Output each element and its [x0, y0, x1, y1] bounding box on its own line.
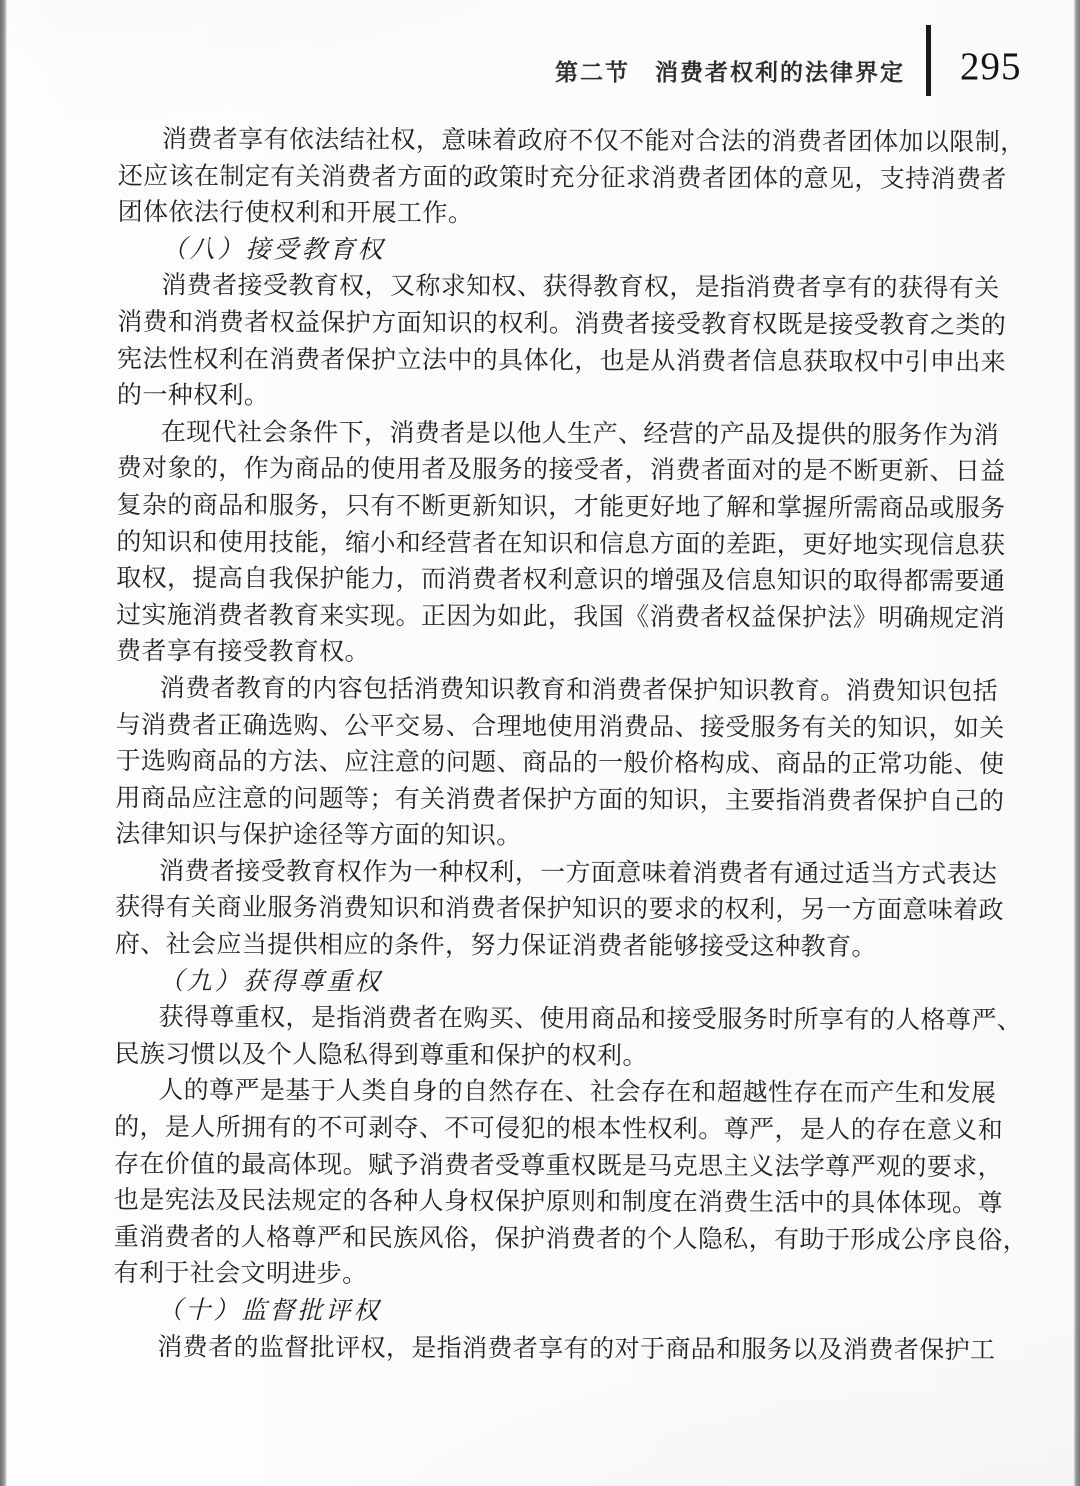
- text-line: 团体依法行使权利和开展工作。: [118, 195, 946, 235]
- text-line: 的知识和使用技能，缩小和经营者在知识和信息方面的差距，更好地实现信息获: [116, 525, 944, 565]
- text-line: 消费者接受教育权，又称求知权、获得教育权，是指消费者享有的获得有关: [117, 268, 945, 308]
- text-line: 用商品应注意的问题等；有关消费者保护方面的知识，主要指消费者保护自己的: [115, 781, 943, 821]
- page-body-text: 消费者享有依法结社权，意味着政府不仅不能对合法的消费者团体加以限制，还应该在制定…: [113, 122, 946, 1369]
- scan-edge-left: [0, 0, 7, 1486]
- text-line: 与消费者正确选购、公平交易、合理地使用消费品、接受服务有关的知识，如关: [116, 707, 944, 747]
- text-line: 过实施消费者教育来实现。正因为如此，我国《消费者权益保护法》明确规定消: [116, 598, 944, 638]
- text-line: 法律知识与保护途径等方面的知识。: [115, 817, 943, 857]
- book-page: 第二节 消费者权利的法律界定 295 消费者享有依法结社权，意味着政府不仅不能对…: [0, 0, 1080, 1486]
- text-line: 宪法性权利在消费者保护立法中的具体化，也是从消费者信息获取权中引申出来: [117, 342, 945, 382]
- section-heading: （十）监督批评权: [113, 1293, 941, 1333]
- text-line: 消费者教育的内容包括消费知识教育和消费者保护知识教育。消费知识包括: [116, 671, 944, 711]
- header-divider-bar: [926, 25, 931, 96]
- text-line: 消费者接受教育权作为一种权利，一方面意味着消费者有通过适当方式表达: [115, 854, 943, 894]
- section-heading: （九）获得尊重权: [115, 964, 943, 1004]
- text-line: 于选购商品的方法、应注意的问题、商品的一般价格构成、商品的正常功能、使: [115, 744, 943, 784]
- text-line: 取权，提高自我保护能力，而消费者权利意识的增强及信息知识的取得都需要通: [116, 561, 944, 601]
- text-line: 有利于社会文明进步。: [114, 1256, 942, 1296]
- text-line: 消费和消费者权益保护方面知识的权利。消费者接受教育权既是接受教育之类的: [117, 305, 945, 345]
- text-line: 府、社会应当提供相应的条件，努力保证消费者能够接受这种教育。: [115, 927, 943, 967]
- text-line: 消费者享有依法结社权，意味着政府不仅不能对合法的消费者团体加以限制，: [118, 122, 946, 162]
- text-line: 费者享有接受教育权。: [116, 634, 944, 674]
- text-line: 获得有关商业服务消费知识和消费者保护知识的要求的权利，另一方面意味着政: [115, 890, 943, 930]
- text-line: 复杂的商品和服务，只有不断更新知识，才能更好地了解和掌握所需商品或服务: [116, 488, 944, 528]
- text-line: 获得尊重权，是指消费者在购买、使用商品和接受服务时所享有的人格尊严、: [114, 1000, 942, 1040]
- text-line: 消费者的监督批评权，是指消费者享有的对于商品和服务以及消费者保护工: [113, 1330, 941, 1370]
- page-number: 295: [960, 44, 1022, 89]
- text-line: 还应该在制定有关消费者方面的政策时充分征求消费者团体的意见，支持消费者: [118, 159, 946, 199]
- text-line: 民族习惯以及个人隐私得到尊重和保护的权利。: [114, 1037, 942, 1077]
- text-line: 重消费者的人格尊严和民族风俗，保护消费者的个人隐私，有助于形成公序良俗，: [114, 1220, 942, 1260]
- text-line: 在现代社会条件下，消费者是以他人生产、经营的产品及提供的服务作为消: [117, 415, 945, 455]
- text-line: 存在价值的最高体现。赋予消费者受尊重权既是马克思主义法学尊严观的要求，: [114, 1147, 942, 1187]
- text-line: 也是宪法及民法规定的各种人身权保护原则和制度在消费生活中的具体体现。尊: [114, 1183, 942, 1223]
- running-head-section-title: 第二节 消费者权利的法律界定: [555, 54, 905, 87]
- section-heading: （八）接受教育权: [117, 232, 945, 272]
- text-line: 的，是人所拥有的不可剥夺、不可侵犯的根本性权利。尊严，是人的存在意义和: [114, 1110, 942, 1150]
- text-line: 费对象的，作为商品的使用者及服务的接受者，消费者面对的是不断更新、日益: [117, 451, 945, 491]
- scan-edge-right: [1074, 0, 1080, 1486]
- text-line: 人的尊严是基于人类自身的自然存在、社会存在和超越性存在而产生和发展: [114, 1073, 942, 1113]
- text-line: 的一种权利。: [117, 378, 945, 418]
